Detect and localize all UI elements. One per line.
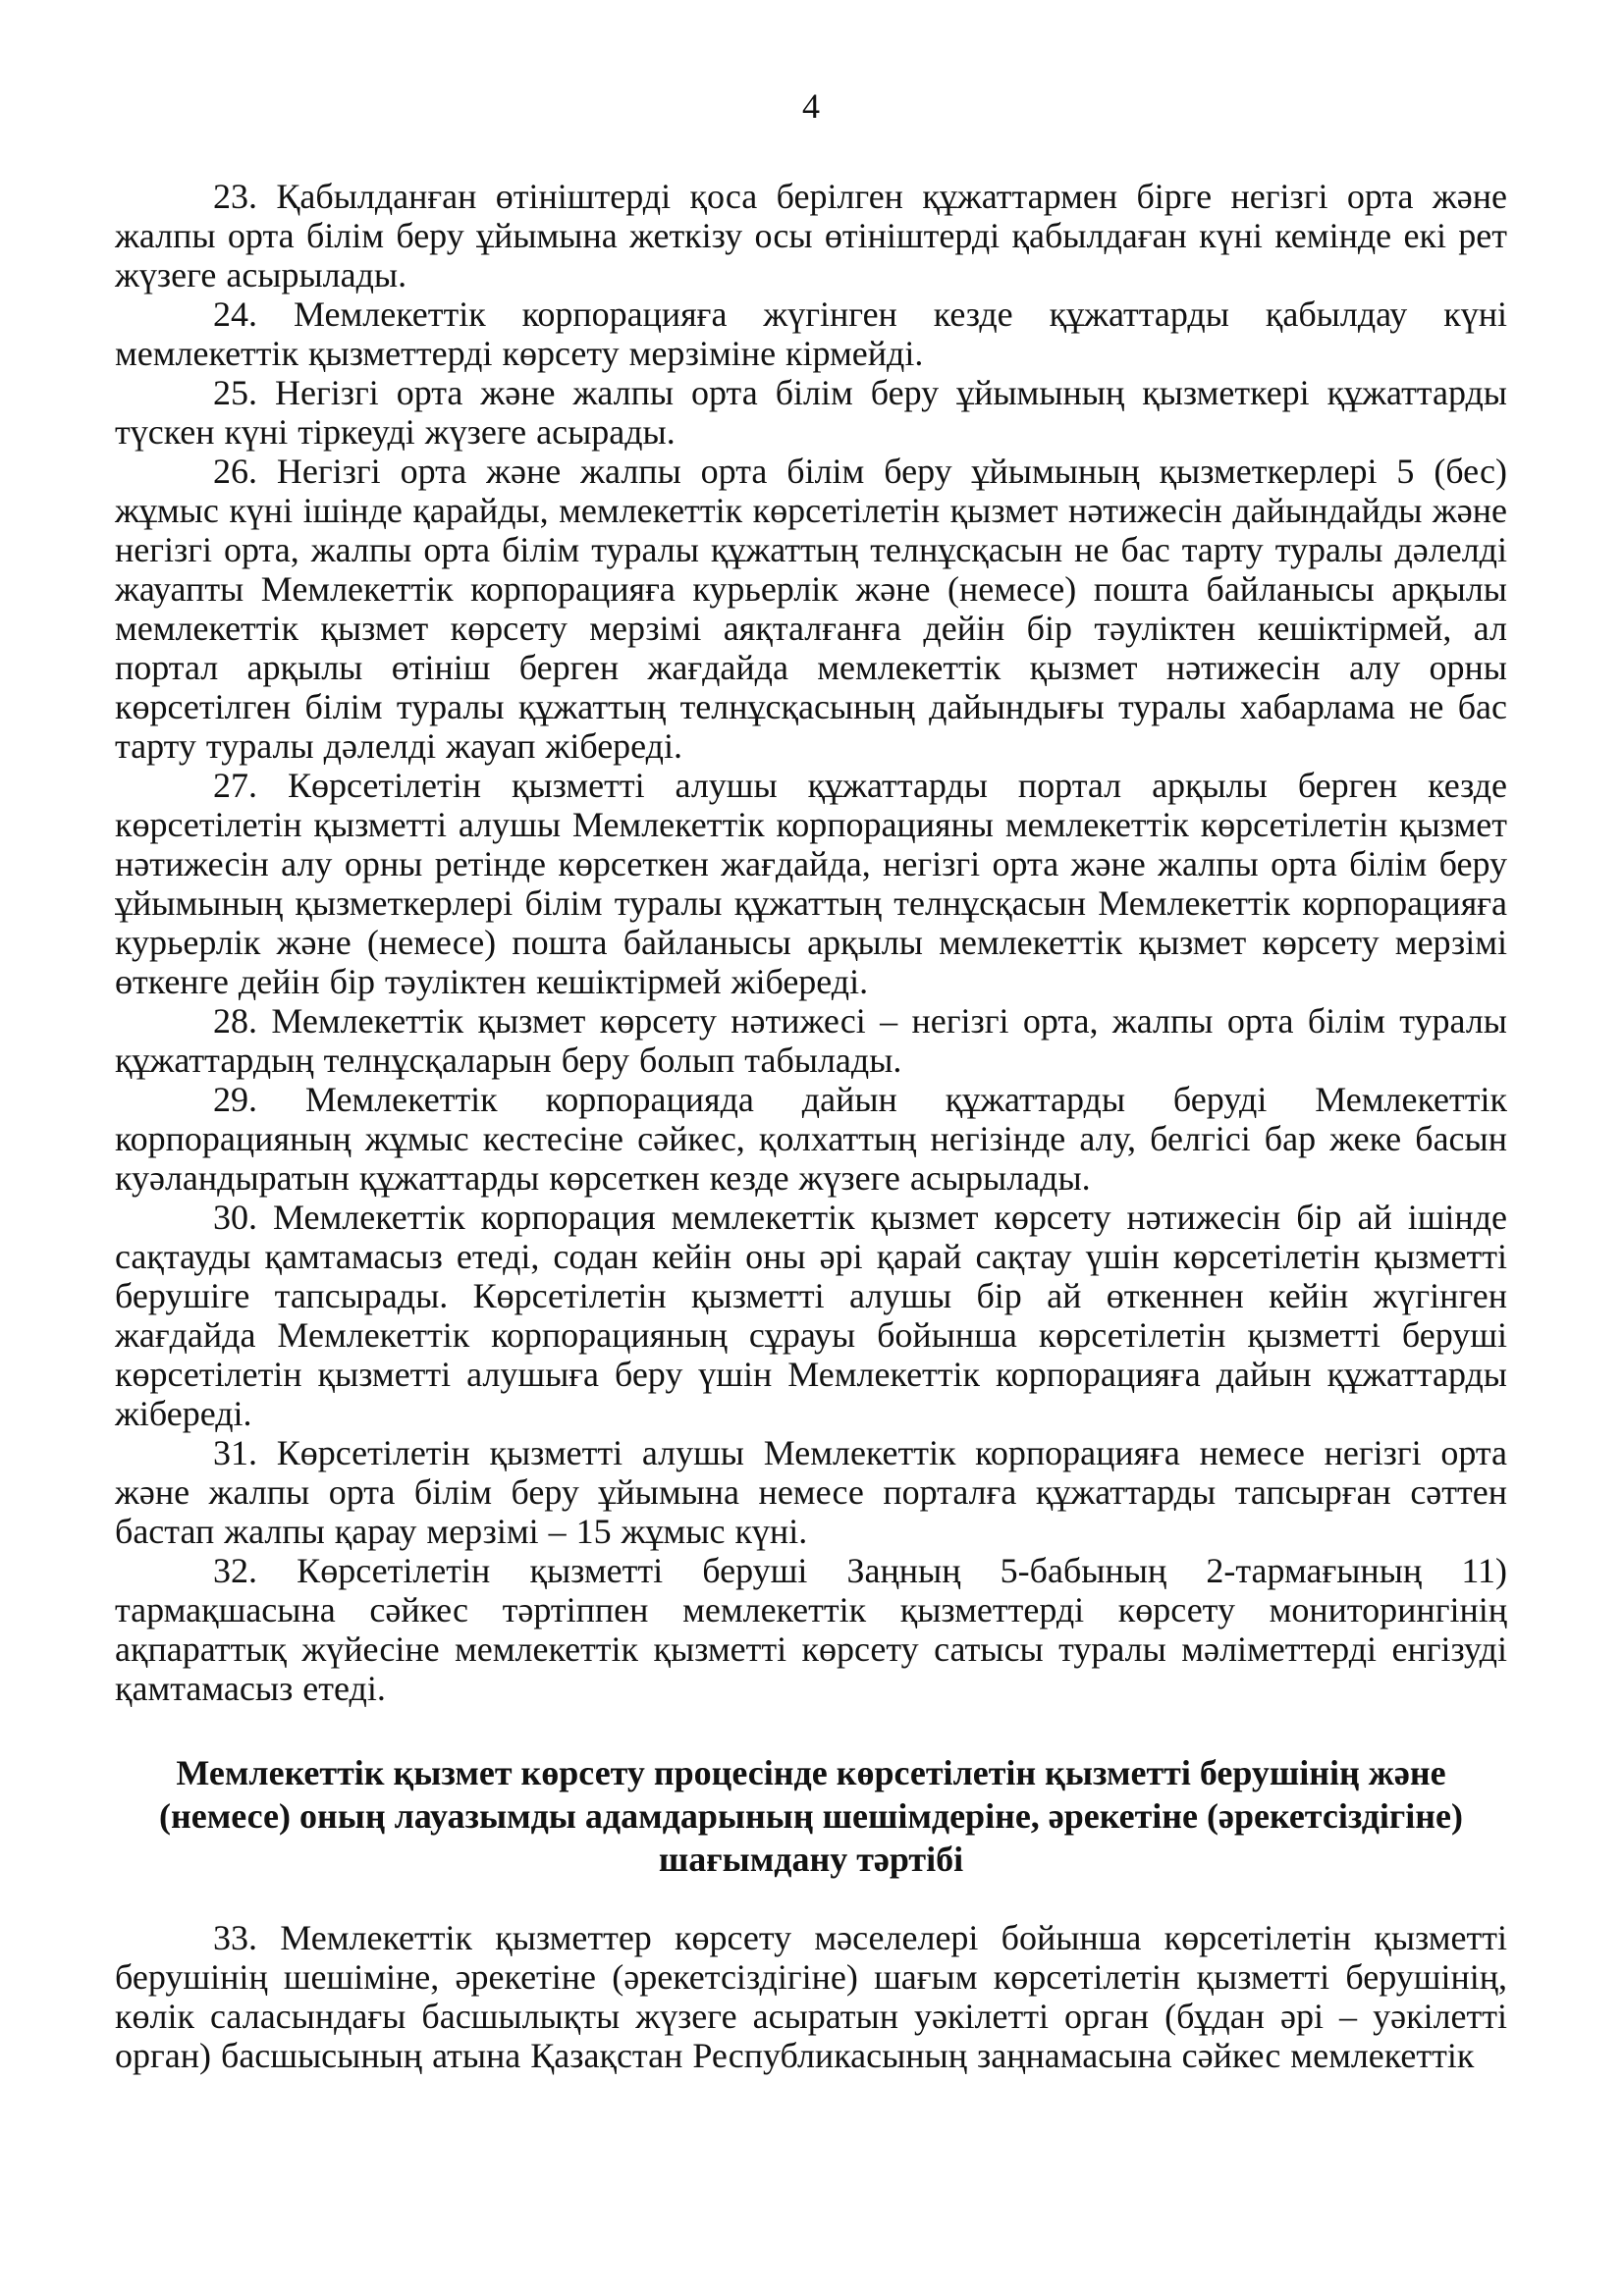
document-body: 23. Қабылданған өтініштерді қоса берілге…: [115, 177, 1507, 2075]
section-heading: Мемлекеттік қызмет көрсету процесінде кө…: [125, 1751, 1497, 1881]
paragraph-30: 30. Мемлекеттік корпорация мемлекеттік қ…: [115, 1198, 1507, 1433]
paragraph-28: 28. Мемлекеттік қызмет көрсету нәтижесі …: [115, 1001, 1507, 1080]
paragraph-33: 33. Мемлекеттік қызметтер көрсету мәселе…: [115, 1918, 1507, 2075]
paragraph-27: 27. Көрсетілетін қызметті алушы құжаттар…: [115, 766, 1507, 1001]
paragraph-23: 23. Қабылданған өтініштерді қоса берілге…: [115, 177, 1507, 294]
paragraph-29: 29. Мемлекеттік корпорацияда дайын құжат…: [115, 1080, 1507, 1198]
document-page: 4 23. Қабылданған өтініштерді қоса беріл…: [0, 0, 1624, 2296]
paragraph-31: 31. Көрсетілетін қызметті алушы Мемлекет…: [115, 1433, 1507, 1551]
paragraph-25: 25. Негізгі орта және жалпы орта білім б…: [115, 373, 1507, 452]
paragraph-24: 24. Мемлекеттік корпорацияға жүгінген ке…: [115, 294, 1507, 373]
paragraph-26: 26. Негізгі орта және жалпы орта білім б…: [115, 452, 1507, 766]
paragraph-32: 32. Көрсетілетін қызметті беруші Заңның …: [115, 1551, 1507, 1708]
page-number: 4: [115, 86, 1507, 126]
